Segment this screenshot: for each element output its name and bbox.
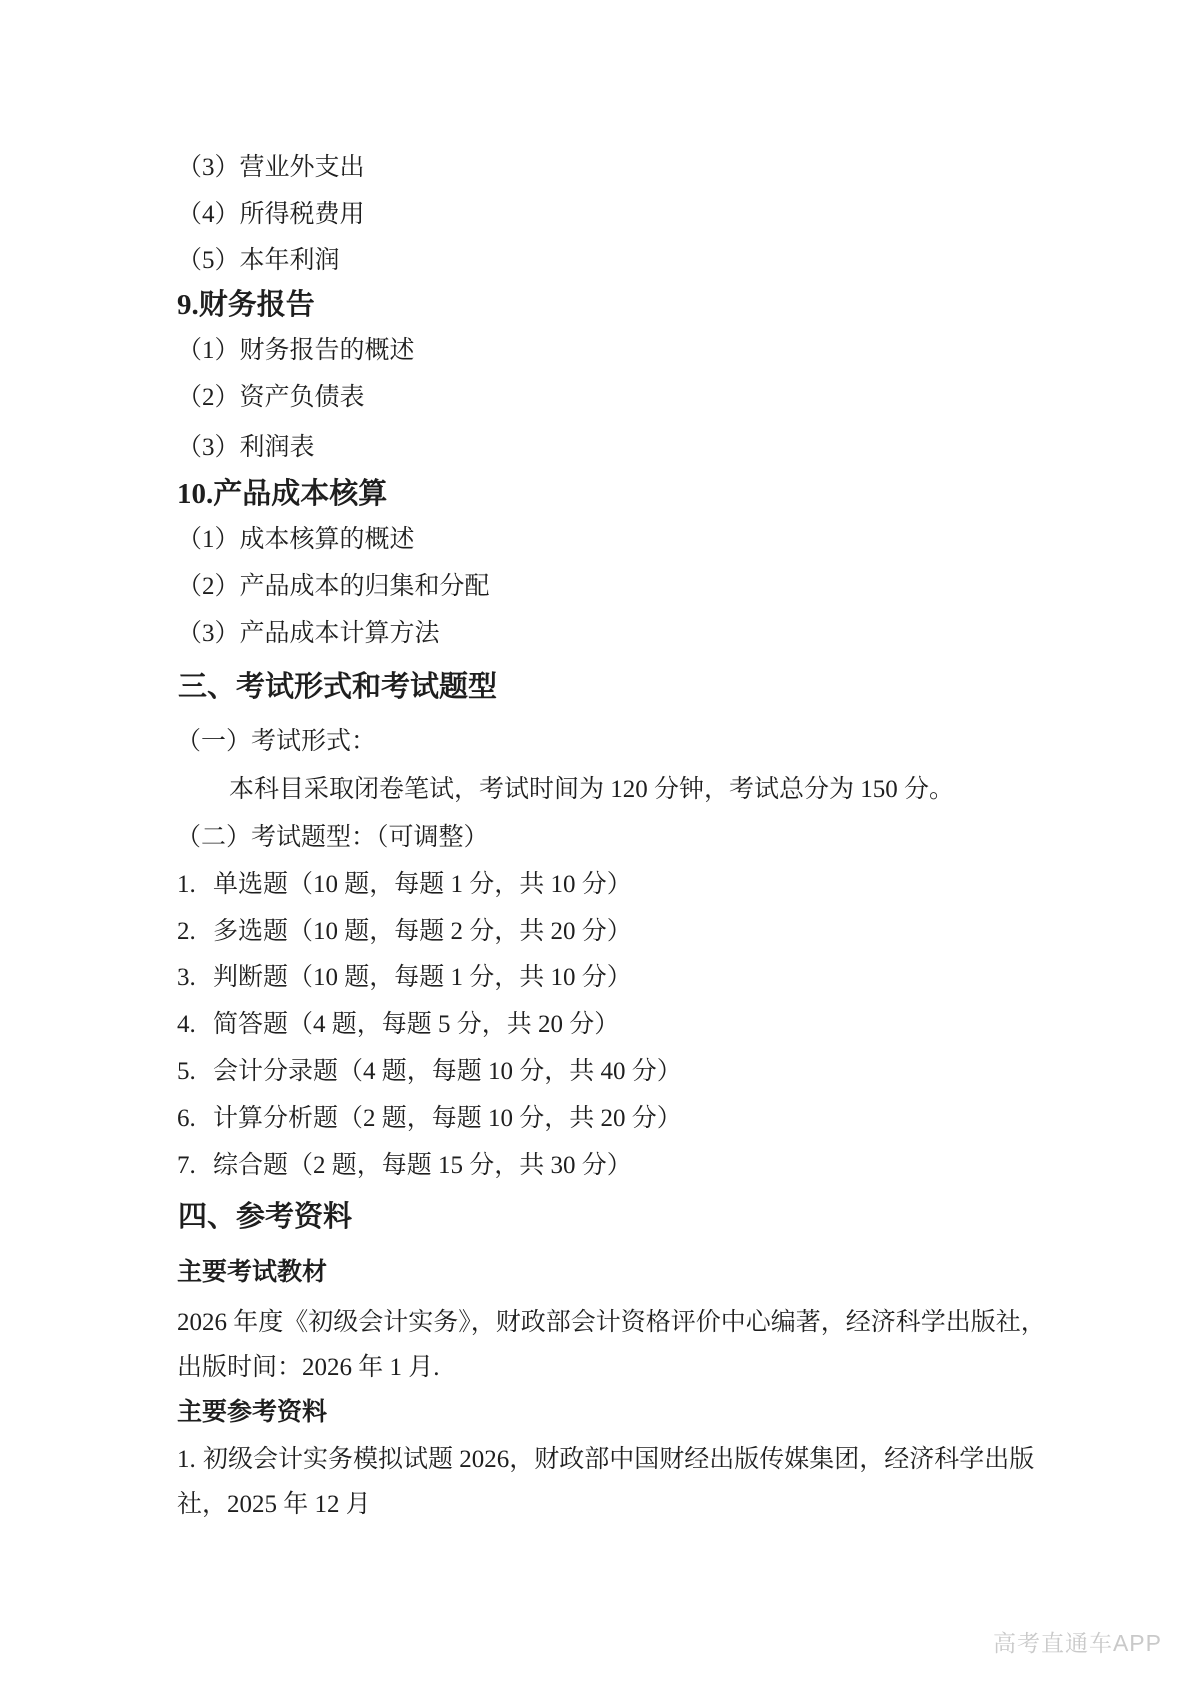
exam-types-label: （二）考试题型：（可调整）	[176, 815, 489, 861]
reference-item: 1.初级会计实务模拟试题 2026，财政部中国财经出版传媒集团，经济科学出版	[177, 1437, 1034, 1483]
document-page: （3）营业外支出 （4）所得税费用 （5）本年利润 9.财务报告 （1）财务报告…	[0, 0, 1190, 1683]
outline-item: （4）所得税费用	[177, 192, 365, 238]
reference-item-continuation: 社，2025 年 12 月	[177, 1482, 371, 1528]
textbook-text-line1: 2026 年度《初级会计实务》，财政部会计资格评价中心编著，经济科学出版社，	[177, 1300, 1046, 1346]
reference-item-number: 1.	[177, 1437, 203, 1483]
exam-format-label: （一）考试形式：	[176, 719, 376, 765]
question-type-number: 1.	[177, 862, 213, 908]
outline-item: （2）资产负债表	[177, 375, 365, 421]
question-type-number: 5.	[177, 1049, 213, 1095]
question-type-item: 7.综合题（2 题，每题 15 分，共 30 分）	[177, 1143, 632, 1189]
question-type-text: 计算分析题（2 题，每题 10 分，共 20 分）	[213, 1105, 682, 1132]
outline-item: （1）成本核算的概述	[177, 517, 415, 563]
question-type-number: 2.	[177, 909, 213, 955]
question-type-text: 判断题（10 题，每题 1 分，共 10 分）	[213, 964, 632, 991]
reference-materials-heading: 主要参考资料	[177, 1390, 327, 1436]
question-type-item: 5.会计分录题（4 题，每题 10 分，共 40 分）	[177, 1049, 682, 1095]
question-type-item: 3.判断题（10 题，每题 1 分，共 10 分）	[177, 955, 632, 1001]
outline-item: （2）产品成本的归集和分配	[177, 564, 490, 610]
question-type-text: 简答题（4 题，每题 5 分，共 20 分）	[213, 1011, 619, 1038]
question-type-number: 7.	[177, 1143, 213, 1189]
question-type-item: 6.计算分析题（2 题，每题 10 分，共 20 分）	[177, 1096, 682, 1142]
question-type-number: 4.	[177, 1002, 213, 1048]
question-type-number: 3.	[177, 955, 213, 1001]
textbook-text-line2: 出版时间：2026 年 1 月.	[177, 1345, 440, 1391]
question-type-item: 2.多选题（10 题，每题 2 分，共 20 分）	[177, 909, 632, 955]
outline-item: （3）产品成本计算方法	[177, 611, 440, 657]
textbook-heading: 主要考试教材	[177, 1250, 327, 1296]
watermark-text: 高考直通车APP	[993, 1620, 1162, 1666]
reference-item-text: 初级会计实务模拟试题 2026，财政部中国财经出版传媒集团，经济科学出版	[203, 1446, 1034, 1473]
outline-item: （1）财务报告的概述	[177, 328, 415, 374]
question-type-text: 单选题（10 题，每题 1 分，共 10 分）	[213, 871, 632, 898]
outline-item: （3）营业外支出	[177, 145, 365, 191]
question-type-item: 4.简答题（4 题，每题 5 分，共 20 分）	[177, 1002, 619, 1048]
outline-heading-9: 9.财务报告	[177, 281, 315, 329]
outline-item: （3）利润表	[177, 425, 315, 471]
question-type-item: 1.单选题（10 题，每题 1 分，共 10 分）	[177, 862, 632, 908]
exam-format-text: 本科目采取闭卷笔试，考试时间为 120 分钟，考试总分为 150 分。	[229, 767, 954, 813]
section-heading-4: 四、参考资料	[178, 1193, 352, 1241]
question-type-text: 综合题（2 题，每题 15 分，共 30 分）	[213, 1152, 632, 1179]
question-type-text: 会计分录题（4 题，每题 10 分，共 40 分）	[213, 1058, 682, 1085]
outline-heading-10: 10.产品成本核算	[177, 470, 387, 518]
section-heading-3: 三、考试形式和考试题型	[178, 663, 497, 711]
question-type-text: 多选题（10 题，每题 2 分，共 20 分）	[213, 918, 632, 945]
outline-item: （5）本年利润	[177, 238, 340, 284]
question-type-number: 6.	[177, 1096, 213, 1142]
